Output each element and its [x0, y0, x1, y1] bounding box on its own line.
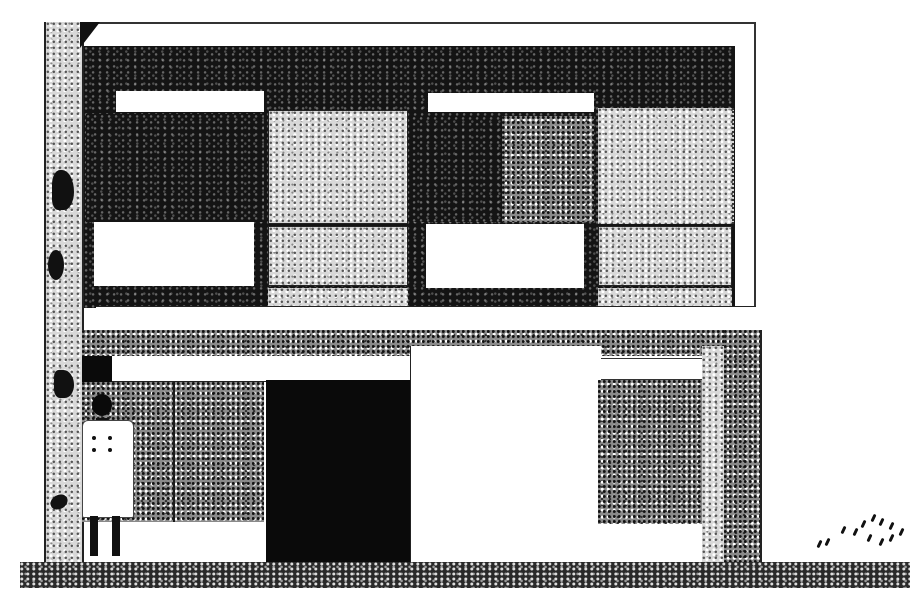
lower-frieze-dark-end: [82, 356, 112, 382]
figure-legs: [90, 516, 120, 556]
base-plinth-right: [608, 526, 700, 562]
right-bay-panel-upper: [598, 108, 734, 224]
scale-figure: [80, 394, 136, 562]
figure-coat: [82, 420, 134, 518]
left-bay-dark-glazing: [86, 114, 264, 222]
left-party-wall: [44, 22, 84, 567]
ground-floor-dark-opening: [266, 380, 410, 562]
ground-line: [20, 562, 910, 588]
lower-left-wall-joint: [173, 382, 175, 522]
ground-floor-white-panel: [410, 346, 601, 562]
elevation-drawing: [0, 0, 910, 604]
figure-buttons: [92, 436, 96, 440]
grass-tuft: [814, 504, 904, 560]
right-bay-dark-glazing: [412, 116, 502, 222]
left-bay-white-opening: [94, 222, 254, 286]
right-bay-panel-base: [598, 288, 732, 306]
right-bay-panel-lower: [598, 226, 732, 286]
roof-corner-triangle: [80, 22, 100, 48]
lower-canopy-left: [112, 357, 412, 382]
left-bay-panel-upper: [268, 110, 408, 224]
left-bay-panel-lower: [268, 226, 408, 286]
right-bay-mid-glazing: [502, 116, 594, 222]
left-wall-shadow-marks-3: [54, 370, 74, 398]
lower-right-pier: [598, 380, 702, 524]
balcony-slab: [96, 306, 756, 332]
lower-right-pier-edge: [702, 346, 724, 564]
left-bay-panel-base: [268, 288, 408, 306]
right-bay-white-opening: [426, 224, 584, 288]
figure-head: [92, 394, 112, 416]
left-wall-shadow-marks-2: [48, 250, 64, 280]
left-wall-shadow-marks: [52, 170, 74, 210]
right-party-wall: [724, 330, 762, 564]
lower-canopy-right: [594, 358, 716, 380]
